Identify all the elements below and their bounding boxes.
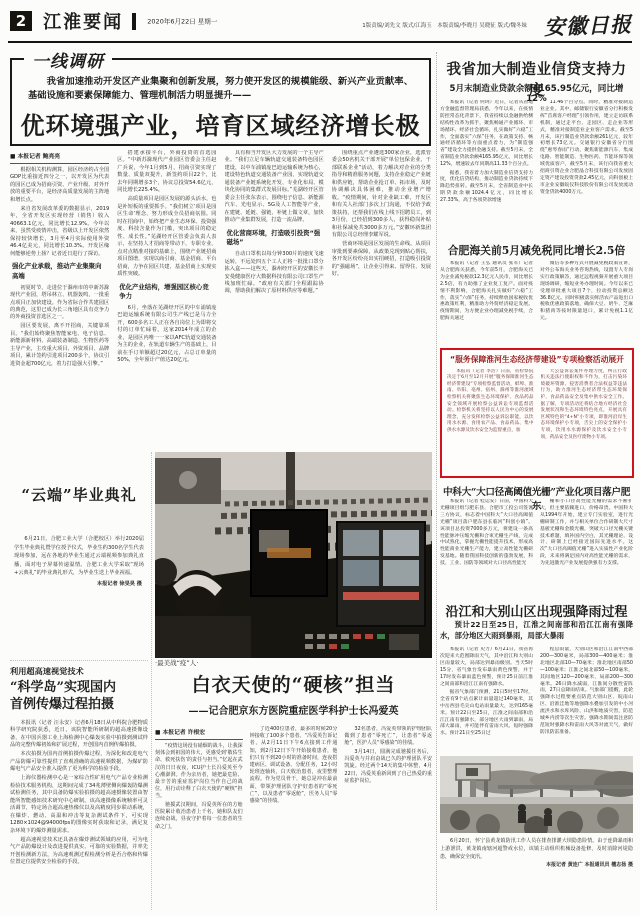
graduation-headline: “云端”毕业典礼 xyxy=(10,484,148,505)
grating-article-columns: 本报讯（记者 桂运安）日前，中国科大光栅项目组与肥东县、合肥市工投公司签署三方协… xyxy=(440,499,633,598)
graduation-caption: 6月21日，合肥工业大学（合肥校区）举行2020届学生毕业典礼暨学位授予仪式，毕… xyxy=(14,535,144,578)
page-number: 2 xyxy=(10,11,32,31)
rainfall-column-1: 本报讯（记者 史力）6月21日，我省再次迎来大范围降雨天气，其中沿江和大别山区雨… xyxy=(440,647,533,752)
page-header: 2 江淮要闻 2020年6月22日 星期一 1版责编/刘先文 版式/江海玉 本版… xyxy=(10,8,632,38)
graduation-livestream-photo xyxy=(155,452,432,658)
body-paragraph: “疫情这场没有硝烟的战斗，让我深刻体会到祖国的伟大，更感受到‘敬佑生命、救死扶伤… xyxy=(155,743,243,801)
body-paragraph: 超高速视觉技术还具备在爆炸测试领域的应用，可为电气产品防爆设计及改进提供真实、可… xyxy=(10,837,148,867)
rainfall-column-2: 程总雨量，大别山区和沿江江南中西部200—300毫米，局部300—400毫米；淮… xyxy=(540,647,633,752)
section-title: 江淮要闻 xyxy=(43,12,123,33)
rainfall-article-subhead: 预计22日至25日，江淮之间南部和沿江江南有强降水，部分地区大雨到暴雨，局部大暴… xyxy=(440,620,633,642)
body-paragraph: 根据相关机构测算，园区经济约占全国GDP比重接近四分之一，以开发区为代表的园区已… xyxy=(10,167,109,204)
body-paragraph: 程总雨量，大别山区和沿江江南中西部200—300毫米，局部300—400毫米；淮… xyxy=(540,647,633,737)
body-paragraph: 本报讯（记者 李浩）日前，省检察院决定于6月至12月开展“服务保障淮河生态经济带… xyxy=(447,369,534,435)
customs-column-2: 微信等多种方式开展减免税政策宣讲，对外公布海关业务咨询热线，设置专人专岗实行政策… xyxy=(540,261,633,343)
feature-column-4: 围绕重点产业遴选300家企业，选派管委会50名机关干部开展“单位包保企业、干部联… xyxy=(332,150,431,448)
body-paragraph: 本报讯（记者 桂运安）日前，中国科大光栅项目组与肥东县、合肥市工投公司签署三方协… xyxy=(440,499,533,568)
customs-article-columns: 本报讯（记者 王弘 通讯员 张军）记者从合肥海关获悉，今年前5月，合肥海关已为企… xyxy=(440,261,633,343)
body-paragraph: 32名患者，冯爱英带领的护理团队做到了患者“零死亡”，让患者“零返舱”，医护人员… xyxy=(344,726,432,748)
nurse-column-3: 32名患者，冯爱英带领的护理团队做到了患者“零死亡”，让患者“零返舱”，医护人员… xyxy=(344,726,432,876)
body-paragraph: 上海仪器检测中心是一家综合性矿用电气产品专业检测检验技术服务机构，这期间完成了3… xyxy=(10,775,148,835)
publication-date: 2020年6月22日 星期一 xyxy=(147,18,217,26)
flood-photo-caption: 6月20日，怀宁县黄龙镇防汛工作人员在排查排灌大坝隐患险情。由于连降暴雨和上游泄… xyxy=(440,837,633,869)
body-paragraph: 具有相当开发区大力发展的一个主导产业。“我们立足车辆轨道交通装备特色园区建设，以… xyxy=(225,150,324,225)
body-paragraph: 本报讯（记者 汪永安）记者6月18日从中科院合肥物质科学研究院获悉，近日，该院智… xyxy=(10,720,148,750)
feature-column-3: 具有相当开发区大力发展的一个主导产业。“我们立足车辆轨道交通装备特色园区建设，以… xyxy=(225,150,324,448)
feature-kicker: 我省加速推动开发区产业集聚和创新发展，努力使开发区的规模能级、新兴产业贡献率、基… xyxy=(28,75,413,103)
huaihe-column-2: 大公益诉讼案件办理力度，纠正行政机关违法行使职权和不作为，打击污染环境破坏资源、… xyxy=(541,369,628,465)
body-paragraph: 营商环境是园区发展的生命线。从项目审批到要素保障，从政策兑现到贴心帮扶，各开发区… xyxy=(332,241,431,278)
feature-column-1: ■ 本报记者 鲍亮亮 根据相关机构测算，园区经济约占全国GDP比重接近四分之一，… xyxy=(10,150,109,448)
newspaper-page: 2 江淮要闻 2020年6月22日 星期一 1版责编/刘先文 版式/江海玉 本版… xyxy=(0,0,640,916)
nurse-subhead: ——记合肥京东方医院重症医学科护士长冯爱英 xyxy=(155,702,432,717)
body-paragraph: 11.46个百分点。同时，精准对接制造业企业。其中，邮储银行安徽省分行积极发挥“… xyxy=(540,100,633,197)
body-paragraph: 了近400位患者，最多的时候20分钟接收了100多个患者。“冯爱英告诉记者，从2… xyxy=(250,726,338,805)
flood-prevention-photo xyxy=(440,756,633,833)
header-right: 1版责编/刘先文 版式/江海玉 本版责编/李晓月 吴晓征 版式/魏冬妹 安徽日报 xyxy=(362,10,632,40)
body-paragraph: 3月14日，圆满完成驰援任务后，冯爱英与并肩奋战已久的护理团队平安凯旋。经过两个… xyxy=(344,749,432,785)
caption-text: 6月20日，怀宁县黄龙镇防汛工作人员在排查排灌大坝隐患险情。由于连降暴雨和上游泄… xyxy=(440,838,633,860)
photo-credit: 本报记者 黄连广 本报通讯员 檀志扬 摄 xyxy=(440,861,633,869)
crosshead-1: 强化产业承载，推动产业集聚向高端 xyxy=(12,262,107,281)
header-rule xyxy=(8,41,632,43)
body-paragraph: 6月，坐落在芜湖经开区的中车浦镇庞巴迪运输系统有限公司生产线已是马力全开，600… xyxy=(117,305,216,365)
nurse-column-1: ■ 本报记者 许根宏 “疫情这场没有硝烟的战斗，让我深刻体会到祖国的伟大，更感受… xyxy=(155,726,243,876)
nurse-headline: 白衣天使的“硬核”担当 xyxy=(155,670,432,697)
body-paragraph: 围绕重点产业遴选300家企业，选派管委会50名机关干部开展“单位包保企业、干部联… xyxy=(332,150,431,240)
main-vertical-divider xyxy=(436,52,437,910)
rainfall-article-columns: 本报讯（记者 史力）6月21日，我省再次迎来大范围降雨天气，其中沿江和大别山区雨… xyxy=(440,647,633,752)
body-paragraph: 栅和小口径高性能光栅的需求不断扩大，但主要依赖进口，价格昂贵。中国科大从1994… xyxy=(540,499,633,568)
feature-headline: 优环境强产业，培育区域经济增长极 xyxy=(12,106,429,141)
body-paragraph: 高质量项目是园区发展的源头活水，也是补短板的重要抓手。“我们树立‘项目是园区生命… xyxy=(117,196,216,278)
body-paragraph: 搭建承接平台，外商投资的首选园区。“中新苏滁现代产业园区管委会主任赵广兵说，今年… xyxy=(117,150,216,195)
feature-column-2: 搭建承接平台，外商投资的首选园区。“中新苏滁现代产业园区管委会主任赵广兵说，今年… xyxy=(117,150,216,448)
feature-article-columns: ■ 本报记者 鲍亮亮 根据相关机构测算，园区经济约占全国GDP比重接近四分之一，… xyxy=(10,150,431,448)
body-paragraph: 驰援武汉期间，冯爱英所在的方舱医院累计收治患者上千名，她和队友们连续奋战，昼夜守… xyxy=(155,802,243,831)
science-headline-line1: “科学岛”实现国内 xyxy=(10,680,116,695)
left-vertical-divider xyxy=(151,452,152,910)
body-paragraph: 自动口罩机以每分钟300片的速度飞速运转，不远处四五个工人正将一批批口罩分拣入盒… xyxy=(225,251,324,296)
body-paragraph: 来自省发展改革委的数据显示，2019年，全省开发区实现经营（销售）收入40663… xyxy=(10,206,109,258)
body-paragraph: 本报讯（记者 史力）6月21日，我省再次迎来大范围降雨天气，其中沿江和大别山区雨… xyxy=(440,647,533,688)
science-kicker: 利用超高速视觉技术 xyxy=(10,666,148,677)
header-divider-bar xyxy=(132,13,136,30)
grating-column-1: 本报讯（记者 桂运安）日前，中国科大光栅项目组与肥东县、合肥市工投公司签署三方协… xyxy=(440,499,533,598)
body-paragraph: 据悉，我省着力加大制造业信贷支持力度，优化信贷结构，推动制造业贷款持续下降趋势扭… xyxy=(440,171,533,206)
nurse-article-columns: ■ 本报记者 许根宏 “疫情这场没有硝烟的战斗，让我深刻体会到祖国的伟大，更感受… xyxy=(155,726,432,876)
body-paragraph: 微信等多种方式开展减免税政策宣讲，对外公布海关业务咨询热线，设置专人专岗实行政策… xyxy=(540,261,633,323)
graduation-photo-credit: 本报记者 徐旻昊 摄 xyxy=(16,580,142,587)
body-paragraph: 本报讯（记者 何珂）近日，记者从省地方金融监督管理局获悉，今年以来，在疫情防控常… xyxy=(440,100,533,169)
editor-credits: 1版责编/刘先文 版式/江海玉 本版责编/李晓月 吴晓征 版式/魏冬妹 xyxy=(362,23,527,29)
body-paragraph: 园区要发展，离不开招商，关键靠项目。“我们始终聚焦智能家电、电子信息、新能源新材… xyxy=(10,323,109,368)
science-headline-line2: 首例传爆过程拍摄 xyxy=(10,697,114,712)
huaihe-inspection-highlight-box: “服务保障淮河生态经济带建设”专项检察活动展开 本报讯（记者 李浩）日前，省检察… xyxy=(440,348,634,478)
body-paragraph: 本报讯（记者 王弘 通讯员 张军）记者从合肥海关获悉，今年前5月，合肥海关已为企… xyxy=(440,261,533,323)
masthead-logo: 安徽日报 xyxy=(544,8,633,41)
credit-article-columns: 本报讯（记者 何珂）近日，记者从省地方金融监督管理局获悉，今年以来，在疫情防控常… xyxy=(440,100,633,234)
nurse-column-2: 了近400位患者，最多的时候20分钟接收了100多个患者。“冯爱英告诉记者，从2… xyxy=(250,726,338,876)
crosshead-3: 优化营商环境，打造吸引投资“强磁场” xyxy=(227,229,322,248)
flood-photo-illustration xyxy=(440,756,633,833)
livestream-photo-illustration xyxy=(155,452,432,658)
credit-column-1: 本报讯（记者 何珂）近日，记者从省地方金融监督管理局获悉，今年以来，在疫情防控常… xyxy=(440,100,533,234)
science-island-article: 利用超高速视觉技术 “科学岛”实现国内 首例传爆过程拍摄 本报讯（记者 汪永安）… xyxy=(10,666,148,912)
nurse-byline: ■ 本报记者 许根宏 xyxy=(155,726,243,740)
body-paragraph: 初夏时节，走进位于滁州市的中新苏滁现代产业园，塔吊林立、机器轰鸣，一批重点项目正… xyxy=(10,285,109,322)
left-section-divider xyxy=(10,660,148,661)
feature-byline: ■ 本报记者 鲍亮亮 xyxy=(10,150,109,164)
rainfall-article-headline: 沿江和大别山区出现强降雨过程 xyxy=(440,601,633,620)
graduation-photo-story: “云端”毕业典礼 6月21日，合肥工业大学（合肥校区）举行2020届学生毕业典礼… xyxy=(10,452,148,656)
column-label-frontline-research: 一线调研 xyxy=(24,47,112,72)
customs-article-headline: 合肥海关前5月减免税同比增长2.5倍 xyxy=(440,243,633,258)
grating-column-2: 栅和小口径高性能光栅的需求不断扩大，但主要依赖进口，价格昂贵。中国科大从1994… xyxy=(540,499,633,598)
science-headline: “科学岛”实现国内 首例传爆过程拍摄 xyxy=(10,680,148,714)
credit-column-2: 11.46个百分点。同时，精准对接制造业企业。其中，邮储银行安徽省分行积极发挥“… xyxy=(540,100,633,234)
nurse-feature-article: ·最美战“疫”人· 白衣天使的“硬核”担当 ——记合肥京东方医院重症医学科护士长… xyxy=(155,658,432,912)
crosshead-2: 优化产业结构，增强园区核心竞争力 xyxy=(119,283,214,302)
huaihe-column-1: 本报讯（记者 李浩）日前，省检察院决定于6月至12月开展“服务保障淮河生态经济带… xyxy=(447,369,534,465)
huaihe-article-headline: “服务保障淮河生态经济带建设”专项检察活动展开 xyxy=(447,355,627,366)
body-paragraph: 大公益诉讼案件办理力度，纠正行政机关违法行使职权和不作为，打击污染环境破坏资源、… xyxy=(541,369,628,442)
customs-column-1: 本报讯（记者 王弘 通讯员 张军）记者从合肥海关获悉，今年前5月，合肥海关已为企… xyxy=(440,261,533,343)
series-tag: ·最美战“疫”人· xyxy=(155,658,432,667)
body-paragraph: 据省气象部门预测，21日5时至17时，全省有9个站点累计雨量超过140毫米，其中… xyxy=(440,690,533,738)
huaihe-article-columns: 本报讯（记者 李浩）日前，省检察院决定于6月至12月开展“服务保障淮河生态经济带… xyxy=(447,369,627,465)
body-paragraph: 本次拍摄为国内首例拍摄传爆过程，为深化和改进电气产品防爆可靠性提供了直观准确的高… xyxy=(10,751,148,773)
